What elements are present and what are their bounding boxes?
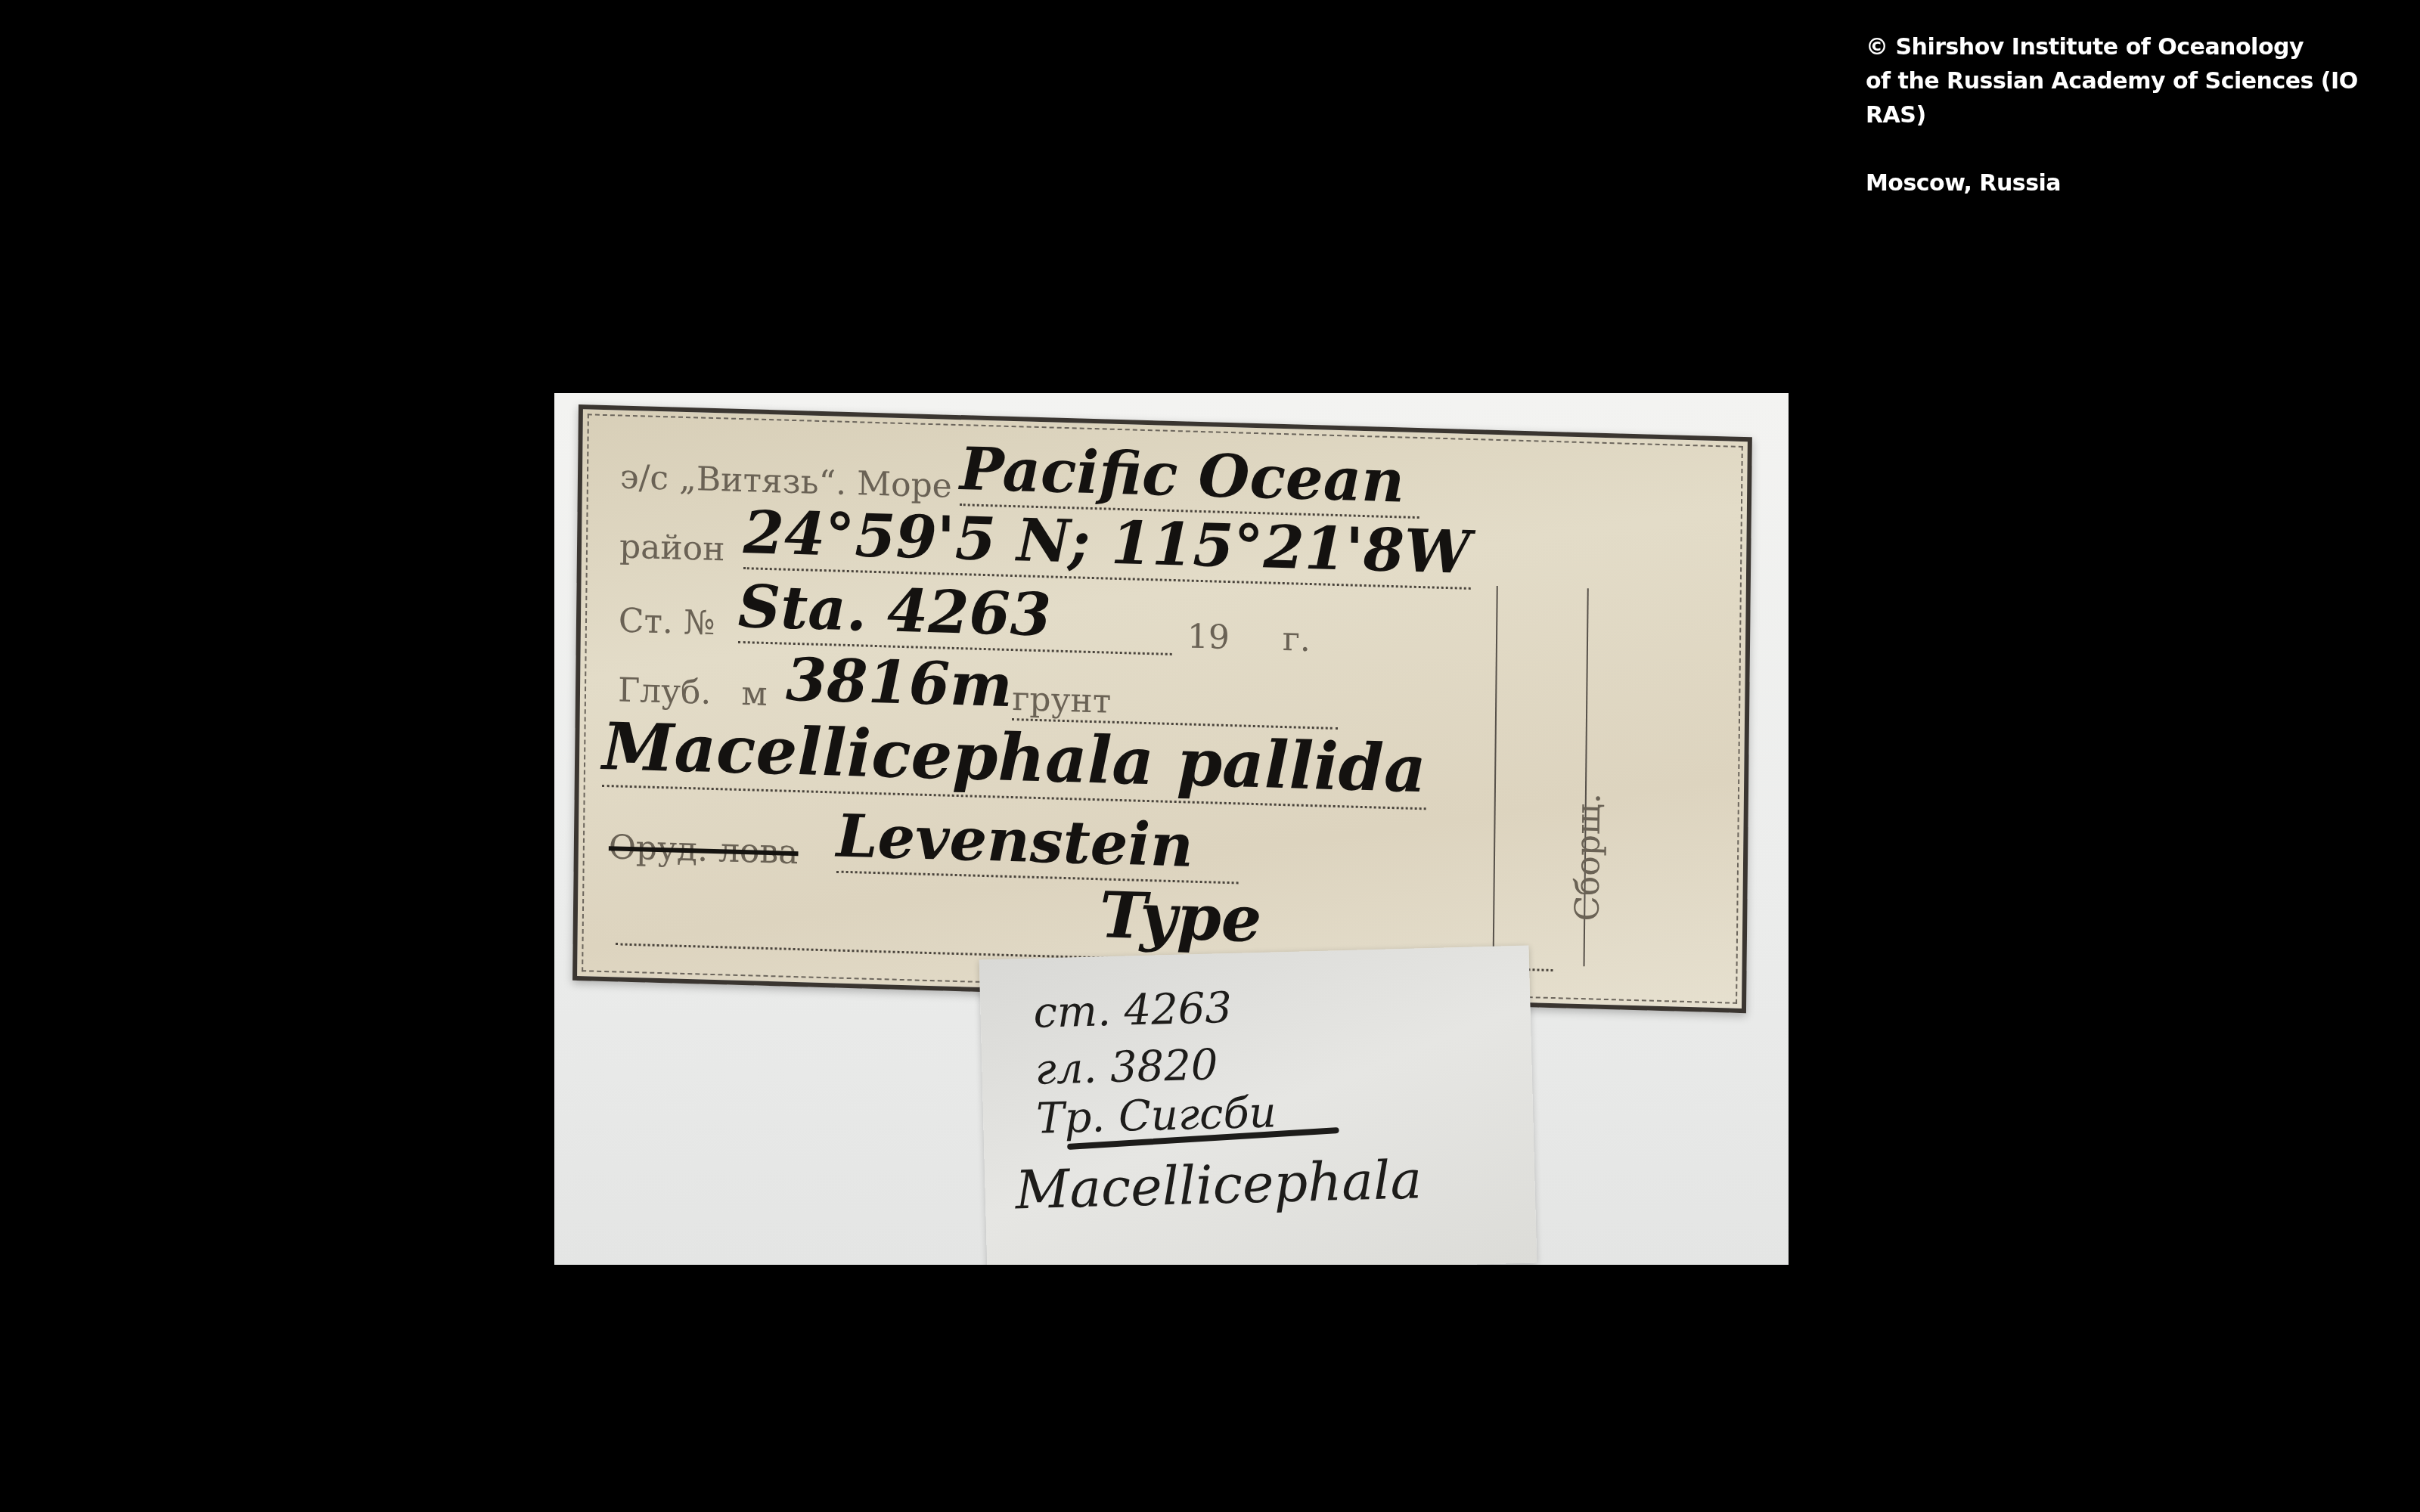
depth-printed-text: Глуб. <box>618 671 712 711</box>
year-printed-text: 19 <box>1187 618 1230 658</box>
gear-printed-text: Оруд. лова <box>609 828 799 872</box>
station-printed-text: Ст. № <box>619 602 715 643</box>
depth-handwritten-text: 3816m <box>785 646 1013 720</box>
credit-line-academy: of the Russian Academy of Sciences (IO R… <box>1866 64 2420 132</box>
specimen-label-photo: э/с „Витязь“. Море Pacific Ocean район 2… <box>554 393 1789 1265</box>
year-suffix-text: г. <box>1283 620 1311 659</box>
column-divider <box>1493 586 1498 964</box>
main-specimen-label: э/с „Витязь“. Море Pacific Ocean район 2… <box>572 404 1752 1013</box>
small-genus-text: Macellicephala <box>1015 1148 1423 1221</box>
region-printed-text: район <box>619 528 725 569</box>
depth-unit-text: м <box>741 674 768 714</box>
credit-line-location: Moscow, Russia <box>1866 166 2420 200</box>
secondary-specimen-label: ст. 4263 гл. 3820 Тр. Сигсби Macelliceph… <box>979 946 1537 1265</box>
station-handwritten-text: Sta. 4263 <box>737 572 1172 655</box>
copyright-credit: © Shirshov Institute of Oceanology of th… <box>1866 30 2420 200</box>
collector-printed-text: Сборщ. <box>1568 792 1609 922</box>
small-station-text: ст. 4263 <box>1033 984 1233 1038</box>
type-handwritten-text: Type <box>1100 877 1262 956</box>
credit-line-institute: © Shirshov Institute of Oceanology <box>1866 30 2420 64</box>
small-depth-text: гл. 3820 <box>1035 1040 1219 1094</box>
author-handwritten-text: Levenstein <box>836 802 1239 885</box>
